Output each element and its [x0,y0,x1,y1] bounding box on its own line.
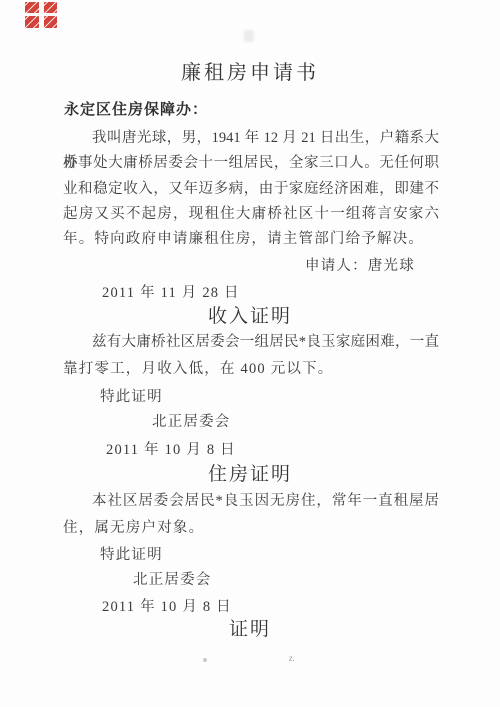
scanned-document-page: 廉租房申请书 永定区住房保障办： 我叫唐光球，男，1941 年 12 月 21 … [0,0,500,707]
stamp-mark [25,2,39,13]
housing-attestation: 特此证明 [100,543,163,564]
application-body: 我叫唐光球，男，1941 年 12 月 21 日出生，户籍系大桥 办事处大庸桥居… [63,126,439,252]
housing-certificate-body: 本社区居委会居民*良玉因无房住，常年一直租屋居 住，属无房户对象。 [63,488,439,542]
applicant-signature: 申请人：唐光球 [305,254,415,275]
income-certificate-title: 收入证明 [0,301,500,328]
scan-speck [203,658,207,662]
body-line: 住，属无房户对象。 [63,515,439,542]
body-line: 靠打零工，月收入低，在 400 元以下。 [63,356,439,383]
red-stamp-fragment-icon [25,2,59,30]
stamp-mark [25,16,39,28]
income-issuer: 北正居委会 [152,410,231,431]
scan-speck: z. [289,653,295,663]
body-line: 业和稳定收入，又年迈多病，由于家庭经济困难，即建不 [63,177,439,202]
housing-certificate-title: 住房证明 [0,459,500,486]
application-date: 2011 年 11 月 28 日 [102,281,240,302]
document-title: 廉租房申请书 [0,56,500,85]
salutation-line: 永定区住房保障办： [64,98,208,119]
final-certificate-title: 证明 [0,614,500,641]
stamp-mark [44,16,57,28]
income-attestation: 特此证明 [100,385,163,406]
body-line: 兹有大庸桥社区居委会一组居民*良玉家庭困难，一直 [63,329,439,356]
body-line: 起房又买不起房，现租住大庸桥社区十一组蒋言安家六 [63,202,439,227]
stamp-mark [44,2,57,13]
body-line: 办事处大庸桥居委会十一组居民，全家三口人。无任何职 [63,151,439,176]
housing-issuer: 北正居委会 [133,568,212,589]
body-line: 本社区居委会居民*良玉因无房住，常年一直租屋居 [63,488,439,515]
income-certificate-body: 兹有大庸桥社区居委会一组居民*良玉家庭困难，一直 靠打零工，月收入低，在 400… [63,329,439,383]
scan-smudge [244,30,254,42]
income-date: 2011 年 10 月 8 日 [106,438,236,459]
body-line: 年。特向政府申请廉租住房，请主管部门给予解决。 [63,227,439,252]
body-line: 我叫唐光球，男，1941 年 12 月 21 日出生，户籍系大桥 [63,126,439,151]
housing-date: 2011 年 10 月 8 日 [102,595,232,616]
